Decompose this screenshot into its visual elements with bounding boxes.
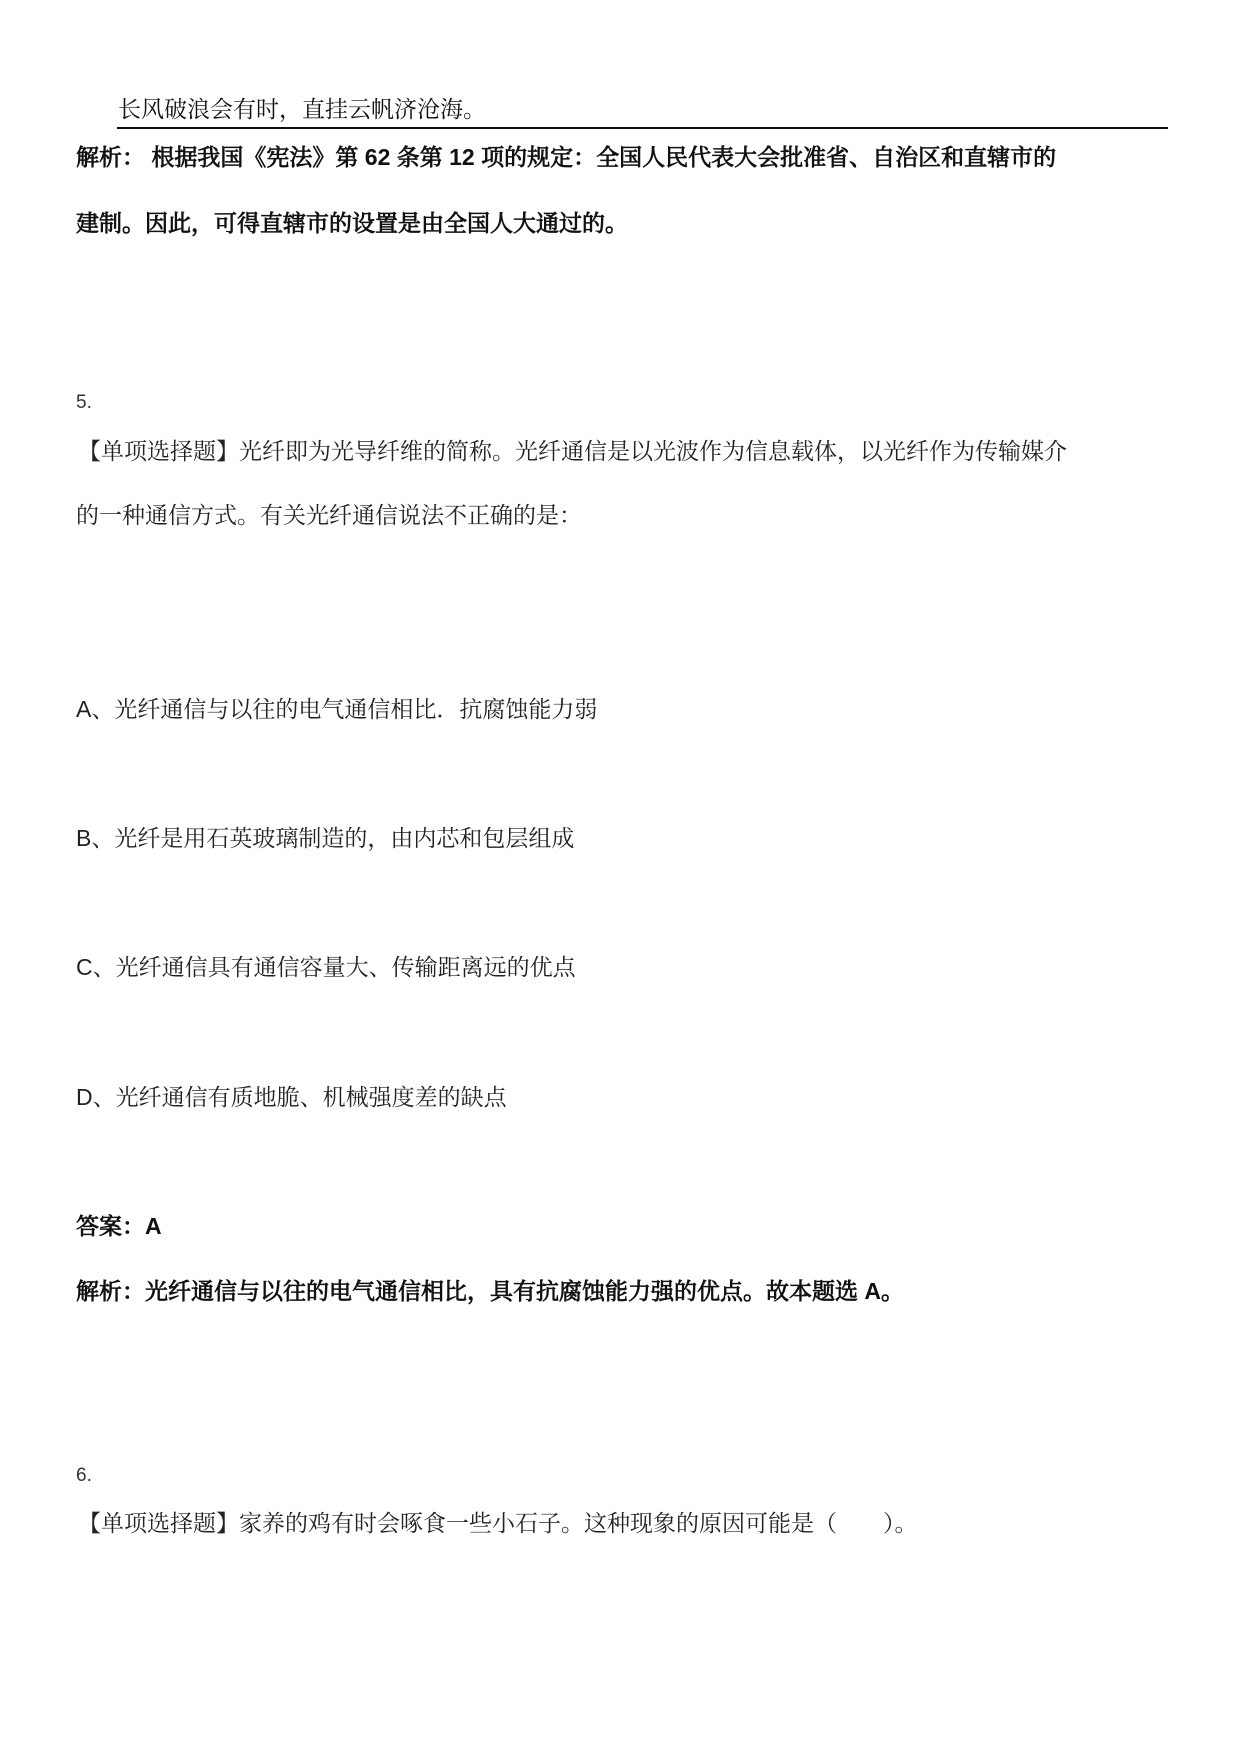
previous-analysis-line-1: 解析： 根据我国《宪法》第 62 条第 12 项的规定：全国人民代表大会批准省、… [76, 146, 1056, 169]
previous-analysis-line-2: 建制。因此，可得直辖市的设置是由全国人大通过的。 [76, 212, 628, 235]
quote-line: 长风破浪会有时，直挂云帆济沧海。 [118, 99, 486, 122]
question-5-option-b: B、光纤是用石英玻璃制造的，由内芯和包层组成 [76, 827, 574, 850]
question-5-text-line-2: 的一种通信方式。有关光纤通信说法不正确的是： [76, 504, 582, 527]
question-6-number: 6. [76, 1466, 92, 1485]
question-5-answer: 答案：A [76, 1215, 162, 1238]
underline-divider [117, 127, 1168, 129]
question-5-number: 5. [76, 393, 92, 412]
question-5-option-d: D、光纤通信有质地脆、机械强度差的缺点 [76, 1086, 507, 1109]
question-5-text-line-1: 【单项选择题】光纤即为光导纤维的简称。光纤通信是以光波作为信息载体，以光纤作为传… [78, 440, 1067, 463]
question-5-option-a: A、光纤通信与以往的电气通信相比．抗腐蚀能力弱 [76, 698, 597, 721]
question-5-analysis: 解析：光纤通信与以往的电气通信相比，具有抗腐蚀能力强的优点。故本题选 A。 [76, 1280, 904, 1303]
question-6-text-line-1: 【单项选择题】家养的鸡有时会啄食一些小石子。这种现象的原因可能是（ ）。 [78, 1512, 918, 1535]
question-5-option-c: C、光纤通信具有通信容量大、传输距离远的优点 [76, 956, 576, 979]
